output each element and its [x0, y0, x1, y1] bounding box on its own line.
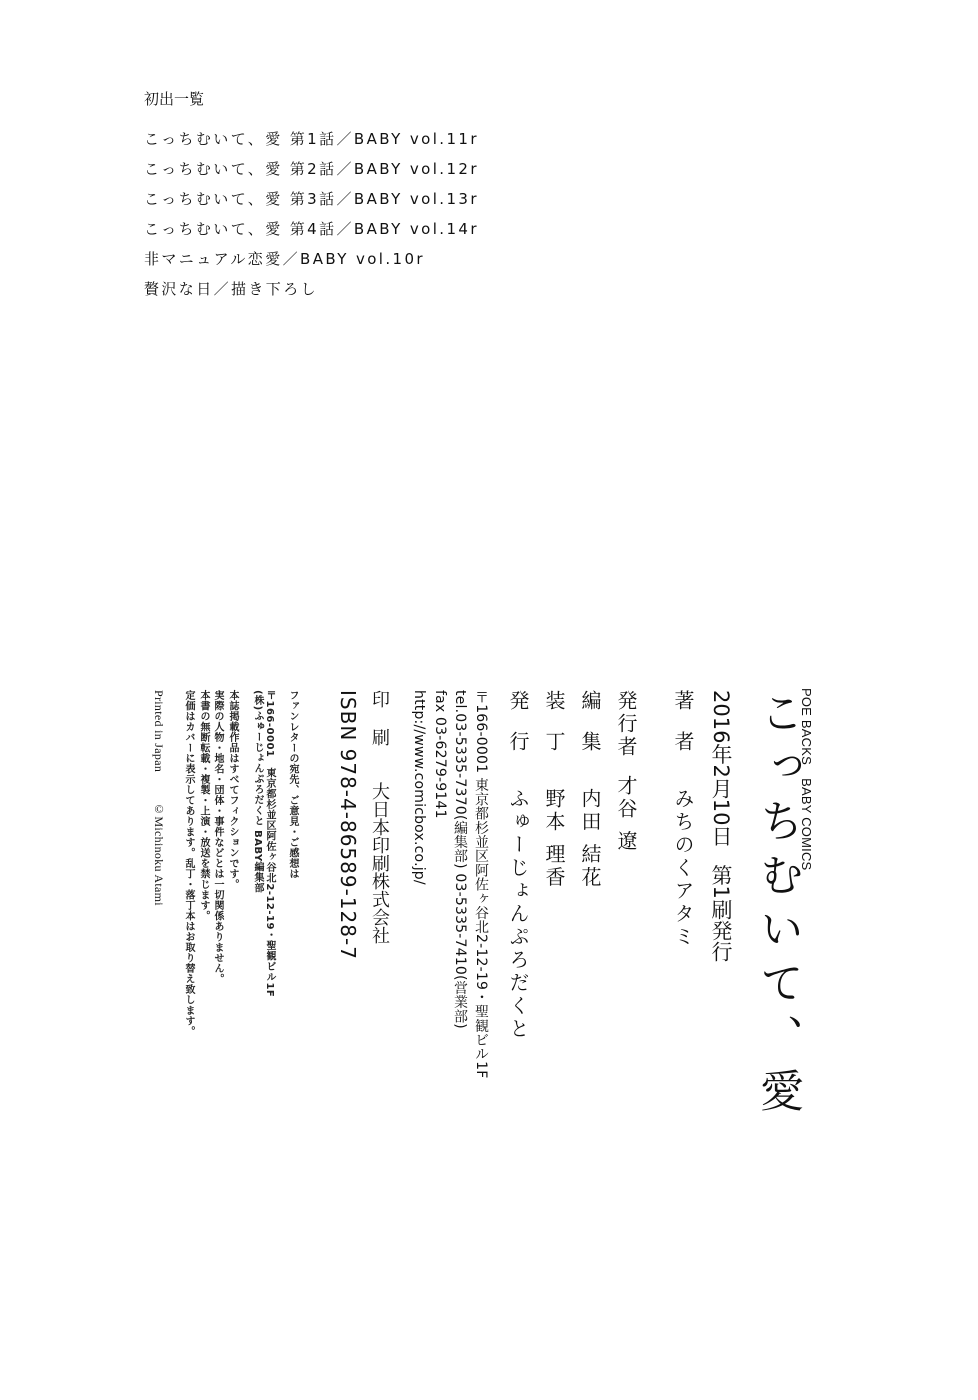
publisher-url[interactable]: http://www.comicbox.co.jp/	[412, 690, 426, 885]
edition-text: 第1刷発行	[709, 865, 733, 962]
fan-letter-recipient: (株)ふゅーじょんぷろだくと BABY編集部	[252, 690, 262, 893]
book-title: こっちむいて、愛	[755, 690, 799, 1122]
printer-row: 印刷大日本印刷株式会社	[370, 690, 388, 944]
isbn: ISBN 978-4-86589-128-7	[338, 690, 358, 960]
publisher-row: 発行ふゅーじょんぷろだくと	[508, 690, 528, 1041]
publisher-person-name: 才谷 遼	[616, 775, 636, 853]
design-label: 装丁	[544, 690, 564, 772]
first-appearance-item: こっちむいて、愛 第2話／BABY vol.12r	[144, 159, 479, 189]
legal-note: 実際の人物・地名・団体・事件などとは一切関係ありません。	[212, 690, 222, 984]
printed-in: Printed in Japan	[152, 690, 166, 772]
first-appearance-item: こっちむいて、愛 第3話／BABY vol.13r	[144, 189, 479, 219]
publisher-tel: tel.03-5335-7370(編集部) 03-5335-7410(営業部)	[453, 690, 467, 1029]
publication-date: 2016年2月10日第1刷発行	[710, 690, 731, 962]
publisher-person-label: 発行者	[616, 690, 636, 759]
legal-note: 本書の無断転載・複製・上演・放送を禁じます。	[198, 690, 208, 921]
first-appearance-item: こっちむいて、愛 第4話／BABY vol.14r	[144, 219, 479, 249]
legal-note: 本誌掲載作品はすべてフィクションです。	[227, 690, 237, 890]
publisher-person-row: 発行者才谷 遼	[616, 690, 636, 853]
fan-letter-line: ファンレターの宛先、ご意見・ご感想は	[287, 690, 297, 879]
author-label: 著者	[673, 690, 693, 772]
editor-name: 内田 結花	[580, 788, 600, 889]
publisher-name: ふゅーじょんぷろだくと	[508, 788, 528, 1041]
publisher-label: 発行	[508, 690, 528, 772]
publisher-address: 〒166-0001 東京都杉並区阿佐ヶ谷北2-12-19・聖観ビル1F	[474, 690, 488, 1078]
first-appearance-list: 初出一覧 こっちむいて、愛 第1話／BABY vol.11r こっちむいて、愛 …	[144, 88, 479, 309]
designer-name: 野本 理香	[544, 788, 564, 889]
printed-line: Printed in Japan©Michinoku Atami	[153, 690, 165, 906]
first-appearance-item: 贅沢な日／描き下ろし	[144, 279, 479, 309]
copyright: ©Michinoku Atami	[152, 802, 166, 906]
printer-name: 大日本印刷株式会社	[370, 782, 388, 944]
date-text: 2016年2月10日	[709, 690, 733, 847]
author-row: 著者みちのくアタミ	[673, 690, 693, 949]
printer-label: 印刷	[370, 690, 388, 766]
publisher-fax: fax 03-6279-9141	[433, 690, 447, 819]
first-appearance-heading: 初出一覧	[144, 88, 479, 109]
first-appearance-item: こっちむいて、愛 第1話／BABY vol.11r	[144, 129, 479, 159]
fan-letter-address: 〒166-0001 東京都杉並区阿佐ヶ谷北2-12-19・聖観ビル1F	[264, 690, 274, 997]
editor-label: 編集	[580, 690, 600, 772]
author-name: みちのくアタミ	[673, 788, 693, 949]
legal-note: 定価はカバーに表示してあります。乱丁・落丁本はお取り替え致します。	[183, 690, 193, 1037]
editor-row: 編集内田 結花	[580, 690, 600, 889]
design-row: 装丁野本 理香	[544, 690, 564, 889]
first-appearance-item: 非マニュアル恋愛／BABY vol.10r	[144, 249, 479, 279]
